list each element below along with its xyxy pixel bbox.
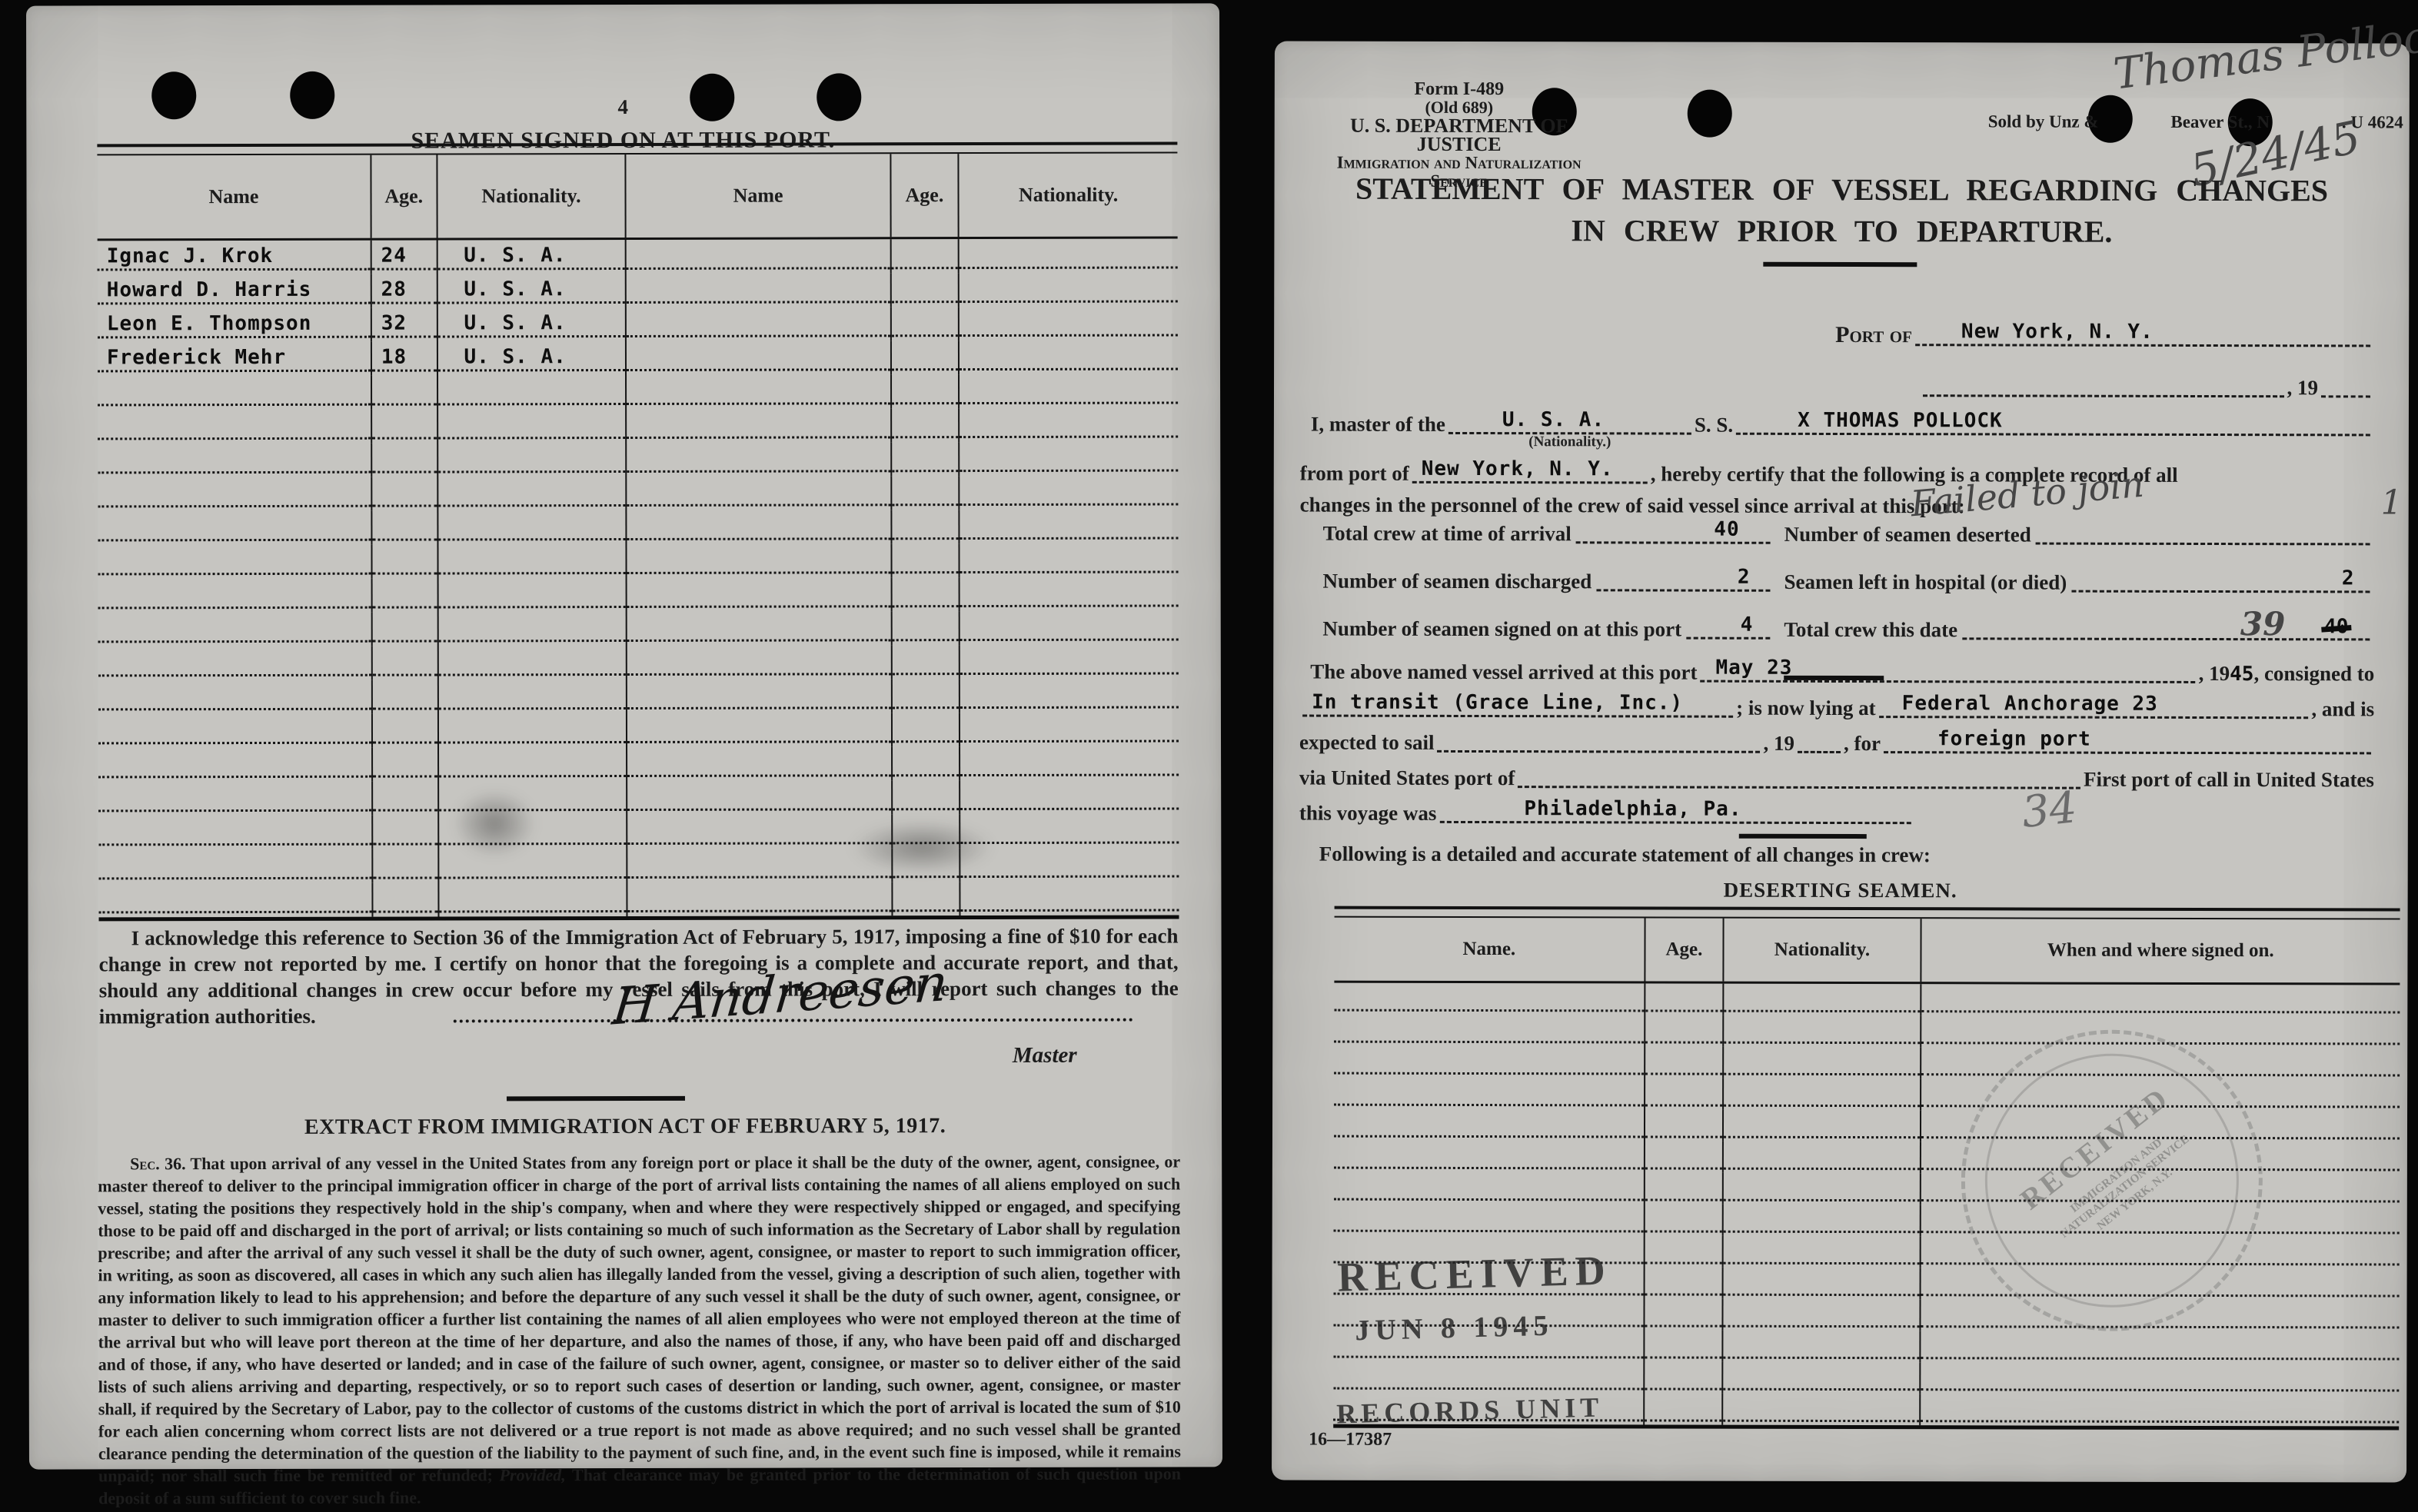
table-row-empty — [98, 441, 1178, 477]
table-row-empty — [98, 407, 1178, 444]
stat-total-crew-arrival: Total crew at time of arrival 40 — [1323, 520, 1774, 547]
voyage-label: this voyage was — [1299, 802, 1437, 826]
table-row-empty — [1334, 983, 2400, 1017]
from-port-line: from port of New York, N. Y. , hereby ce… — [1300, 458, 2373, 488]
table-row-empty — [98, 577, 1179, 613]
handwritten-deserted-count: 1 — [2381, 483, 2403, 522]
seaman-nationality: U. S. A. — [464, 345, 566, 368]
deserting-seamen-heading: DESERTING SEAMEN. — [1273, 877, 2408, 903]
extract-provided: Provided, — [500, 1465, 566, 1484]
page-number: 4 — [26, 94, 1219, 120]
table-row-empty — [98, 475, 1178, 511]
col-header-name-2: Name — [627, 154, 891, 238]
table-row: Leon E. Thompson 32 U. S. A. — [98, 306, 1178, 342]
arrival-line-5: this voyage was Philadelphia, Pa. — [1299, 798, 1914, 827]
ink-smudge — [452, 789, 537, 858]
arrival-year-label: , 19 — [2199, 662, 2230, 686]
table-row-empty — [98, 644, 1179, 680]
following-statement: Following is a detailed and accurate sta… — [1319, 842, 1931, 868]
date-line: , 19 — [1920, 371, 2373, 400]
via-port-label: via United States port of — [1299, 766, 1515, 791]
form-number: Form I-489 — [1321, 80, 1598, 99]
seaman-name: Howard D. Harris — [107, 278, 312, 302]
col-header-signed-on: When and where signed on. — [1921, 919, 2400, 982]
seaman-age: 18 — [381, 346, 407, 369]
table-row-empty — [1334, 1046, 2400, 1080]
seaman-age: 32 — [381, 312, 407, 335]
stat-value-handwritten: 39 — [2240, 605, 2286, 643]
stat-signed-on: Number of seamen signed on at this port … — [1322, 615, 1773, 642]
table-row-empty — [98, 813, 1179, 849]
seamen-signed-on-table: Name Age. Nationality. Name Age. Nationa… — [97, 141, 1179, 921]
table-row-empty — [98, 610, 1179, 646]
col-header-name: Name. — [1334, 918, 1645, 982]
seaman-age: 28 — [381, 278, 407, 301]
section-divider — [1739, 834, 1867, 839]
stat-total-crew-date: Total crew this date 39 40 — [1784, 616, 2373, 643]
round-received-stamp: RECEIVED IMMIGRATION AND NATURALIZATION … — [1961, 1029, 2263, 1331]
arrival-line-4: via United States port of First port of … — [1299, 763, 2374, 793]
handwritten-vessel-name: Thomas Pollock — [2111, 9, 2418, 100]
sail-year-label: , 19 — [1763, 732, 1794, 756]
stat-seamen-discharged: Number of seamen discharged 2 — [1322, 567, 1773, 594]
lying-at-label: ; is now lying at — [1736, 696, 1876, 720]
scanned-document: 4 SEAMEN SIGNED ON AT THIS PORT. Name Ag… — [0, 0, 2418, 1512]
stat-value: 40 — [1714, 518, 1739, 541]
records-unit-stamp-text: RECORDS UNIT — [1336, 1391, 1604, 1431]
sold-by-fragment: Beaver St., N — [2170, 112, 2270, 132]
port-of-value: New York, N. Y. — [1961, 320, 2154, 344]
from-port-label: from port of — [1300, 462, 1409, 486]
table-row-empty — [98, 746, 1179, 782]
signature-role-label: Master — [1013, 1043, 1077, 1068]
arrival-date-value: May 23 — [1715, 656, 1792, 680]
stat-value: 4 — [1741, 613, 1754, 636]
sold-by-fragment: Sold by Unz & — [1988, 111, 2099, 131]
form-title-line2: IN CREW PRIOR TO DEPARTURE. — [1274, 211, 2409, 250]
seaman-nationality: U. S. A. — [464, 277, 566, 301]
consigned-value: In transit (Grace Line, Inc.) — [1312, 691, 1683, 715]
stat-value: 2 — [1738, 566, 1751, 589]
arrival-year-value: 45 — [2230, 663, 2253, 686]
stat-label: Total crew this date — [1784, 618, 1957, 642]
arrival-line-3: expected to sail , 19 , for foreign port — [1299, 727, 2374, 757]
stat-left-in-hospital: Seamen left in hospital (or died) 2 — [1784, 568, 2373, 596]
table-row-empty — [1334, 1015, 2400, 1048]
destination-value: foreign port — [1937, 727, 2091, 750]
table-row-empty — [98, 712, 1179, 748]
seaman-name: Frederick Mehr — [107, 346, 286, 369]
col-header-age-2: Age. — [891, 154, 960, 237]
voyage-value: Philadelphia, Pa. — [1524, 797, 1741, 821]
col-header-age: Age. — [1645, 918, 1725, 981]
table-row-empty — [98, 509, 1178, 545]
table-row-empty — [98, 374, 1178, 410]
table-header-row: Name Age. Nationality. Name Age. Nationa… — [97, 153, 1177, 238]
port-of-label: Port of — [1835, 322, 1912, 348]
table-row-empty — [98, 847, 1179, 883]
table-row-empty — [98, 779, 1179, 816]
table-row-empty — [98, 543, 1178, 579]
table-row-empty — [1333, 1361, 2399, 1395]
seaman-name: Leon E. Thompson — [107, 312, 312, 336]
table-row-empty — [98, 678, 1179, 714]
stat-label: Number of seamen deserted — [1784, 523, 2031, 547]
first-port-label: First port of call in United States — [2084, 768, 2374, 793]
from-port-value: New York, N. Y. — [1422, 457, 1614, 481]
stat-value-struck: 40 — [2324, 615, 2348, 638]
ss-label: S. S. — [1695, 414, 1733, 437]
port-of-line: Port of New York, N. Y. — [1835, 321, 2373, 349]
col-header-nationality: Nationality. — [1725, 919, 1922, 982]
extract-heading: EXTRACT FROM IMMIGRATION ACT OF FEBRUARY… — [28, 1113, 1222, 1140]
master-of-label: I, master of the — [1311, 413, 1445, 437]
col-header-nationality: Nationality. — [437, 155, 627, 238]
seaman-name: Ignac J. Krok — [107, 244, 274, 268]
left-page: 4 SEAMEN SIGNED ON AT THIS PORT. Name Ag… — [26, 3, 1222, 1469]
for-label: , for — [1844, 732, 1881, 756]
col-header-nationality-2: Nationality. — [960, 153, 1178, 237]
ink-smudge — [849, 820, 995, 874]
table-row: Frederick Mehr 18 U. S. A. — [98, 340, 1178, 376]
form-title-line1: STATEMENT OF MASTER OF VESSEL REGARDING … — [1275, 170, 2410, 208]
master-line: I, master of the U. S. A. (Nationality.)… — [1311, 409, 2373, 439]
punch-hole — [1688, 90, 1732, 138]
form-print-code: 16—17387 — [1309, 1430, 1392, 1451]
vessel-name-value: X THOMAS POLLOCK — [1798, 409, 2003, 433]
empty-rows — [98, 374, 1179, 917]
section-label: Sec. 36. — [98, 1154, 185, 1173]
year-19-label: , 19 — [2287, 376, 2318, 400]
arrived-label: The above named vessel arrived at this p… — [1310, 660, 1697, 685]
stat-label: Seamen left in hospital (or died) — [1784, 570, 2067, 595]
arrival-line-1: The above named vessel arrived at this p… — [1310, 656, 2374, 686]
expected-to-sail-label: expected to sail — [1299, 731, 1435, 755]
nationality-caption: (Nationality.) — [1448, 434, 1691, 451]
seaman-nationality: U. S. A. — [464, 311, 566, 334]
certify-text-line2: changes in the personnel of the crew of … — [1300, 493, 1965, 519]
stat-label: Number of seamen discharged — [1322, 570, 1591, 594]
table-header-row: Name. Age. Nationality. When and where s… — [1334, 918, 2400, 983]
seaman-nationality: U. S. A. — [464, 244, 566, 267]
extract-body: That upon arrival of any vessel in the U… — [98, 1151, 1181, 1485]
stat-seamen-deserted: Number of seamen deserted — [1784, 520, 2373, 548]
received-stamp-date: JUN 8 1945 — [1355, 1309, 1554, 1348]
section-divider — [507, 1096, 685, 1101]
extract-paragraph: Sec. 36. That upon arrival of any vessel… — [98, 1150, 1181, 1509]
nationality-value: U. S. A. — [1502, 408, 1605, 431]
lying-at-value: Federal Anchorage 23 — [1902, 692, 2158, 716]
table-row: Ignac J. Krok 24 U. S. A. — [98, 238, 1178, 274]
right-page: Form I-489 (Old 689) U. S. DEPARTMENT OF… — [1272, 41, 2410, 1482]
table-row-empty — [98, 881, 1179, 917]
and-is-label: , and is — [2311, 697, 2374, 721]
received-stamp-text: RECEIVED — [1337, 1246, 1613, 1301]
title-underline — [1763, 262, 1917, 267]
department-name: U. S. DEPARTMENT OF JUSTICE — [1321, 117, 1598, 155]
table-row: Howard D. Harris 28 U. S. A. — [98, 272, 1178, 308]
col-header-age: Age. — [371, 155, 437, 238]
handwritten-34: 34 — [2020, 783, 2080, 838]
consigned-label: , consigned to — [2253, 662, 2374, 686]
col-header-name: Name — [97, 155, 371, 239]
stat-label: Total crew at time of arrival — [1323, 522, 1572, 547]
seaman-age: 24 — [381, 244, 407, 268]
stat-value: 2 — [2342, 567, 2355, 590]
arrival-line-2: In transit (Grace Line, Inc.) ; is now l… — [1299, 692, 2374, 722]
stat-label: Number of seamen signed on at this port — [1322, 617, 1681, 642]
